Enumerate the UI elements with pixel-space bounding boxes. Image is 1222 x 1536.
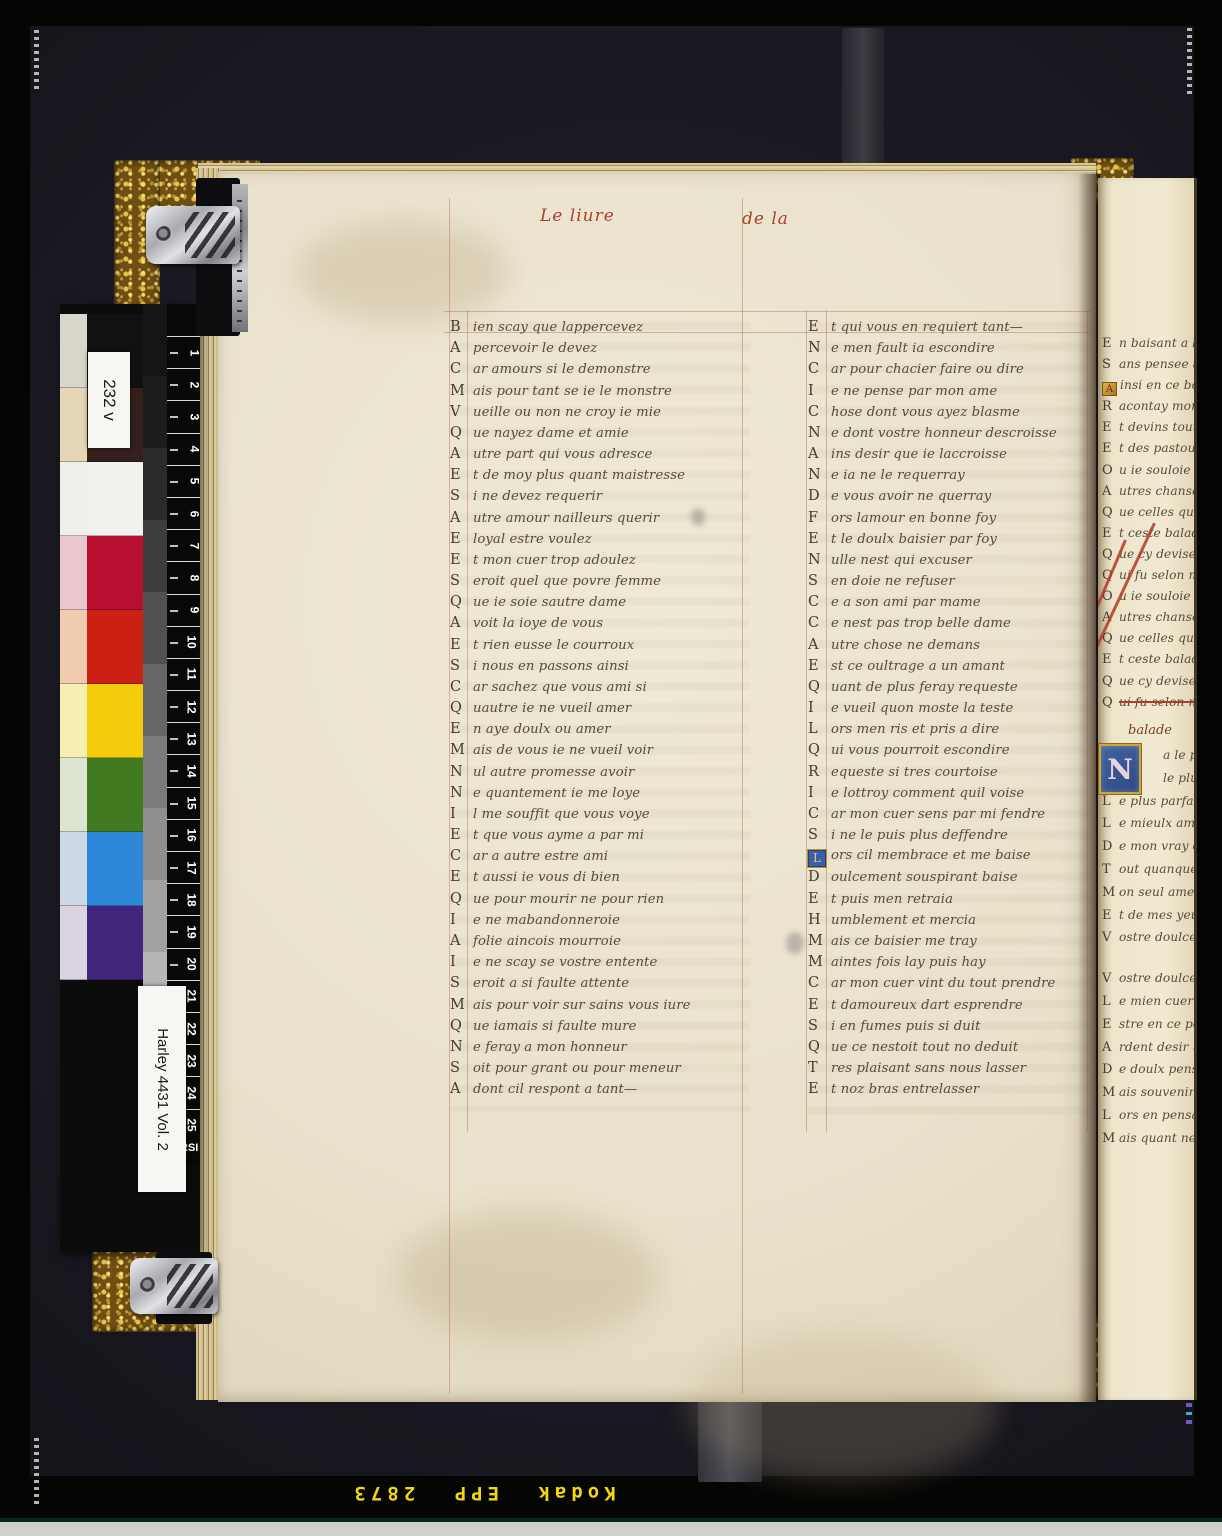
ruler-number: 4: [188, 446, 202, 453]
line-text: stre en ce point m: [1119, 1017, 1194, 1031]
ruler-cell: 12: [167, 690, 200, 722]
text-line: E t le doulx baisier par foy: [808, 531, 1092, 552]
text-line: C ar amours si le demonstre: [450, 361, 750, 382]
text-line: L ors cil membrace et me baise: [808, 848, 1092, 869]
line-text: ais de vous ie ne vueil voir: [473, 743, 653, 758]
line-initial: S: [808, 827, 831, 843]
grayscale-step: [143, 448, 167, 520]
text-line: E t ceste balade a: [1102, 652, 1194, 673]
line-text: ais pour voir sur sains vous iure: [473, 998, 691, 1013]
kodak-film-label-text: Kodak EPP 2873: [349, 1482, 615, 1504]
ruler-number: 11: [185, 668, 199, 681]
line-text: t mon cuer trop adoulez: [473, 553, 636, 568]
line-initial: N: [808, 552, 831, 568]
text-line: E n aye doulx ou amer: [450, 721, 750, 742]
text-line: E t de moy plus quant maistresse: [450, 467, 750, 488]
line-initial: M: [808, 933, 831, 949]
text-line: S i nous en passons ainsi: [450, 658, 750, 679]
line-text: ui fu selon mon: [1119, 695, 1194, 709]
line-initial: E: [808, 319, 831, 335]
line-text: out quanque ra: [1119, 862, 1194, 876]
line-text: ors lamour en bonne foy: [831, 511, 996, 526]
ruler-number: 6: [188, 510, 202, 517]
ruler-cell: 11: [167, 658, 200, 690]
right-page-upper-text: E n baisant a lo S ans pensee au A insi …: [1102, 336, 1194, 716]
text-line: R acontay mon: [1102, 399, 1194, 420]
line-initial: A: [1102, 1040, 1119, 1055]
ruler-cell: 6: [167, 497, 200, 529]
text-line: S ans pensee au: [1102, 357, 1194, 378]
line-text: ais pour tant se ie le monstre: [473, 384, 672, 399]
grayscale-step: [143, 736, 167, 808]
text-line: A percevoir le devez: [450, 340, 750, 361]
ruler-cell: 13: [167, 722, 200, 754]
text-line: A ins desir que ie laccroisse: [808, 446, 1092, 467]
line-text: insi en ce bois: [1120, 378, 1194, 392]
text-line: D oulcement souspirant baise: [808, 869, 1092, 890]
line-text: st ce oultrage a un amant: [831, 659, 1005, 674]
text-line: I e ne pense par mon ame: [808, 383, 1092, 404]
text-line: E loyal estre voulez: [450, 531, 750, 552]
line-text: utres chansons: [1119, 484, 1194, 498]
line-text: ue cy deviser p: [1119, 547, 1194, 561]
line-text: utres chansons: [1119, 610, 1194, 624]
line-initial: N: [808, 425, 831, 441]
line-initial: E: [450, 869, 473, 885]
line-initial: L: [1102, 816, 1119, 831]
line-initial: Q: [808, 742, 831, 758]
line-text: oit pour grant ou pour meneur: [473, 1061, 681, 1076]
vellum-stain: [298, 222, 508, 322]
text-line: B ien scay que lappercevez: [450, 319, 750, 340]
line-text: le plus plaisan: [1163, 771, 1194, 785]
line-initial: M: [450, 383, 473, 399]
grayscale-step: [143, 808, 167, 880]
line-text: t ceste balade a: [1119, 652, 1194, 666]
text-line: S i en fumes puis si duit: [808, 1018, 1092, 1039]
line-text: e mien cuer qui: [1119, 994, 1194, 1008]
line-text: ien scay que lappercevez: [473, 320, 643, 335]
color-patch: [87, 684, 143, 758]
text-line: A utre part qui vous adresce: [450, 446, 750, 467]
line-initial: M: [450, 742, 473, 758]
text-line: E t devins toute: [1102, 420, 1194, 441]
text-line: L e mieulx ame q: [1102, 816, 1194, 839]
line-text: ul autre promesse avoir: [473, 765, 634, 780]
line-initial: N: [808, 340, 831, 356]
line-initial: N: [450, 1039, 473, 1055]
line-initial: S: [1102, 357, 1119, 372]
text-line: E t de mes yeulx: [1102, 908, 1194, 931]
line-initial: C: [808, 615, 831, 631]
ruler-cell: 4: [167, 433, 200, 465]
text-line: S en doie ne refuser: [808, 573, 1092, 594]
line-text: aintes fois lay puis hay: [831, 955, 986, 970]
line-text: ais souvenir bien: [1119, 1085, 1194, 1099]
film-bottom-edge: [0, 1518, 1222, 1536]
text-line: C ar sachez que vous ami si: [450, 679, 750, 700]
line-text: t qui vous en requiert tant—: [831, 320, 1023, 335]
text-line: N ul autre promesse avoir: [450, 764, 750, 785]
line-initial: I: [450, 954, 473, 970]
text-line: E stre en ce point m: [1102, 1017, 1194, 1040]
line-initial: I: [808, 785, 831, 801]
ruler-number: 8: [188, 575, 202, 582]
line-initial: D: [808, 869, 831, 885]
line-text: percevoir le devez: [473, 341, 597, 356]
line-initial: S: [450, 975, 473, 991]
vellum-stain: [398, 1212, 658, 1342]
text-line: E t que vous ayme a par mi: [450, 827, 750, 848]
line-initial: I: [808, 383, 831, 399]
text-line: E t noz bras entrelasser: [808, 1081, 1092, 1102]
film-edge-marks: [1187, 28, 1192, 98]
line-initial: A: [450, 1081, 473, 1097]
line-text: ar amours si le demonstre: [473, 362, 651, 377]
line-initial: S: [450, 573, 473, 589]
text-line: C ar mon cuer sens par mi fendre: [808, 806, 1092, 827]
text-line: A utre chose ne demans: [808, 637, 1092, 658]
line-initial: R: [1102, 399, 1119, 414]
film-edge-marks: [34, 1438, 39, 1504]
line-text: ostre doulceur vo: [1119, 971, 1194, 985]
line-initial: M: [450, 997, 473, 1013]
line-initial: N: [808, 467, 831, 483]
line-initial: S: [450, 1060, 473, 1076]
ruler-cell: 14: [167, 754, 200, 786]
line-text: t devins toute: [1119, 420, 1194, 434]
ruler-cell: 8: [167, 561, 200, 593]
ruler-cell: 18: [167, 883, 200, 915]
line-text: voit la ioye de vous: [473, 616, 603, 631]
line-initial: E: [450, 721, 473, 737]
line-initial: E: [808, 997, 831, 1013]
ruler-number: 1: [188, 349, 202, 356]
color-patch: [60, 610, 87, 684]
line-text: t aussi ie vous di bien: [473, 870, 620, 885]
text-line: L e plus parfaict: [1102, 794, 1194, 817]
text-line: A rdent desir quen: [1102, 1040, 1194, 1063]
color-patch: [87, 906, 143, 980]
line-initial: A: [450, 615, 473, 631]
line-initial: N: [450, 764, 473, 780]
line-text: t ceste balade a: [1119, 526, 1194, 540]
color-patch: [87, 462, 143, 536]
text-line: C ar pour chacier faire ou dire: [808, 361, 1092, 382]
text-line: V ostre doulceur: [1102, 930, 1194, 953]
line-initial: O: [1102, 463, 1119, 478]
text-line: A voit la ioye de vous: [450, 615, 750, 636]
color-patch: [87, 536, 143, 610]
color-patch: [60, 906, 87, 980]
text-line: Q ui fu selon mo: [1102, 568, 1194, 589]
grayscale-step: [143, 520, 167, 592]
text-line: C e nest pas trop belle dame: [808, 615, 1092, 636]
color-patch: [87, 832, 143, 906]
line-initial: E: [450, 637, 473, 653]
right-page: E n baisant a lo S ans pensee au A insi …: [1098, 178, 1194, 1400]
shelfmark-sticker-text: Harley 4431 Vol. 2: [154, 1028, 171, 1151]
text-line: M ais ce baisier me tray: [808, 933, 1092, 954]
text-line: N ulle nest qui excuser: [808, 552, 1092, 573]
text-line: F ors lamour en bonne foy: [808, 510, 1092, 531]
line-initial: N: [450, 785, 473, 801]
text-line: E t mon cuer trop adoulez: [450, 552, 750, 573]
text-line: C hose dont vous ayez blasme: [808, 404, 1092, 425]
line-initial: E: [450, 531, 473, 547]
color-patch: [60, 388, 87, 462]
text-line: A utres chansons: [1102, 610, 1194, 631]
line-initial: A: [1102, 484, 1119, 499]
line-text: utre amour nailleurs querir: [473, 511, 659, 526]
line-text: e feray a mon honneur: [473, 1040, 627, 1055]
line-initial: Q: [808, 1039, 831, 1055]
ruler-number: 17: [184, 861, 198, 874]
line-initial: E: [1102, 420, 1119, 435]
text-line: N e quantement ie me loye: [450, 785, 750, 806]
color-patch: [60, 536, 87, 610]
line-initial: C: [450, 848, 473, 864]
ruler-number: 2: [188, 381, 202, 388]
line-initial: Q: [808, 679, 831, 695]
line-text: i ne devez requerir: [473, 489, 602, 504]
line-initial: L: [808, 850, 826, 867]
color-patch-column-light: [60, 314, 87, 980]
line-text: t le doulx baisier par foy: [831, 532, 997, 547]
film-frame: Kodak EPP 2873 Le liure de la B: [0, 0, 1222, 1536]
line-text: loyal estre voulez: [473, 532, 592, 547]
line-text: e mon vray cue: [1119, 839, 1194, 853]
line-text: uant de plus feray requeste: [831, 680, 1018, 695]
ballade-heading: balade: [1128, 723, 1172, 738]
line-initial: A: [808, 637, 831, 653]
line-text: t rien eusse le courroux: [473, 638, 634, 653]
ink-smudge: [786, 932, 804, 954]
ruler-cell: 10: [167, 626, 200, 658]
text-line: I e ne scay se vostre entente: [450, 954, 750, 975]
text-line: S i ne devez requerir: [450, 488, 750, 509]
line-text: utre chose ne demans: [831, 638, 980, 653]
line-text: e ne scay se vostre entente: [473, 955, 657, 970]
line-text: e vueil quon moste la teste: [831, 701, 1013, 716]
line-text: ors men ris et pris a dire: [831, 722, 999, 737]
ruler-number: 24: [184, 1086, 198, 1099]
text-line: D e doulx penser: [1102, 1062, 1194, 1085]
ruler-number: 18: [184, 893, 198, 906]
line-initial: S: [808, 1018, 831, 1034]
line-initial: I: [808, 700, 831, 716]
text-line: I e vueil quon moste la teste: [808, 700, 1092, 721]
color-patch: [60, 684, 87, 758]
text-line: N e feray a mon honneur: [450, 1039, 750, 1060]
line-initial: M: [1102, 885, 1119, 900]
line-initial: E: [1102, 1017, 1119, 1032]
line-text: equeste si tres courtoise: [831, 765, 998, 780]
line-initial: M: [1102, 1085, 1119, 1100]
text-line: S eroit a si faulte attente: [450, 975, 750, 996]
line-text: t de mes yeulx: [1119, 908, 1194, 922]
line-initial: T: [1102, 862, 1119, 877]
text-line: D e vous avoir ne querray: [808, 488, 1092, 509]
line-initial: V: [1102, 971, 1119, 986]
line-initial: E: [1102, 441, 1119, 456]
text-line: Q ue iamais si faulte mure: [450, 1018, 750, 1039]
line-initial: E: [1102, 908, 1119, 923]
ruler-cell: 5: [167, 465, 200, 497]
ruler-cell: 3: [167, 400, 200, 432]
text-line: M on seul ame m: [1102, 885, 1194, 908]
line-text: t puis men retraia: [831, 892, 953, 907]
text-line: I e lottroy comment quil voise: [808, 785, 1092, 806]
line-initial: E: [1102, 526, 1119, 541]
text-line: A insi en ce bois: [1102, 378, 1194, 399]
line-initial: E: [808, 891, 831, 907]
line-text: ar sachez que vous ami si: [473, 680, 647, 695]
line-initial: V: [450, 404, 473, 420]
line-text: t damoureux dart esprendre: [831, 998, 1023, 1013]
line-initial: A: [450, 510, 473, 526]
folio-sticker: 232 v: [88, 352, 130, 448]
line-initial: L: [1102, 1108, 1119, 1123]
ruler-number: 14: [184, 764, 198, 777]
grayscale-step: [143, 880, 167, 952]
ruler-number: 10: [184, 636, 198, 649]
line-text: i ne le puis plus deffendre: [831, 828, 1008, 843]
line-initial: I: [450, 806, 473, 822]
color-patch: [60, 832, 87, 906]
line-initial: E: [450, 552, 473, 568]
line-text: hose dont vous ayez blasme: [831, 405, 1020, 420]
line-text: dont cil respont a tant—: [473, 1082, 637, 1097]
text-line: Q uautre ie ne vueil amer: [450, 700, 750, 721]
line-initial: D: [1102, 1062, 1119, 1077]
text-line: D e mon vray cue: [1102, 839, 1194, 862]
line-initial: C: [808, 975, 831, 991]
line-initial: E: [808, 1081, 831, 1097]
vellum-stain: [688, 1332, 998, 1482]
text-line: S oit pour grant ou pour meneur: [450, 1060, 750, 1081]
ruler-number: 13: [184, 732, 198, 745]
line-text: utre part qui vous adresce: [473, 447, 652, 462]
text-line: le plus plaisan: [1102, 771, 1194, 794]
color-patch: [60, 314, 87, 388]
ruling-line: [806, 310, 807, 1132]
line-initial: A: [808, 446, 831, 462]
ruler-cell: 19: [167, 915, 200, 947]
line-text: ors cil membrace et me baise: [831, 848, 1031, 863]
line-initial: Q: [1102, 631, 1119, 646]
text-line: Q ue celles que a: [1102, 505, 1194, 526]
color-patch: [60, 462, 87, 536]
line-initial: T: [808, 1060, 831, 1076]
shelfmark-sticker: Harley 4431 Vol. 2: [138, 986, 186, 1192]
line-text: ar mon cuer sens par mi fendre: [831, 807, 1045, 822]
text-line: O u ie souloie ha: [1102, 463, 1194, 484]
text-line: L ors men ris et pris a dire: [808, 721, 1092, 742]
text-line: S i ne le puis plus deffendre: [808, 827, 1092, 848]
text-line: Q ue nayez dame et amie: [450, 425, 750, 446]
folio-sticker-text: 232 v: [99, 379, 119, 421]
right-page-ballade-text: a le plus doul le plus plaisan L e plus …: [1102, 748, 1194, 1154]
text-line: Q ui fu selon mon: [1102, 695, 1194, 716]
color-patch: [60, 758, 87, 832]
line-text: rdent desir quen: [1119, 1040, 1194, 1054]
ruler-cell: 20: [167, 948, 200, 980]
text-line: I l me souffit que vous voye: [450, 806, 750, 827]
line-initial: C: [808, 806, 831, 822]
ruler-number: 22: [184, 1022, 198, 1035]
line-initial: C: [808, 361, 831, 377]
text-column-left: B ien scay que lappercevez A percevoir l…: [450, 319, 750, 1102]
line-text: oulcement souspirant baise: [831, 870, 1018, 885]
line-text: ais ce baisier me tray: [831, 934, 977, 949]
line-text: t noz bras entrelasser: [831, 1082, 979, 1097]
line-text: acontay mon: [1119, 399, 1194, 413]
grayscale-step: [143, 592, 167, 664]
ruler-number: 23: [184, 1054, 198, 1067]
line-text: e men fault ia escondire: [831, 341, 995, 356]
text-line: Q ue celles que am: [1102, 631, 1194, 652]
text-line: E n baisant a lo: [1102, 336, 1194, 357]
ruler-cell: 7: [167, 529, 200, 561]
ruler-number: 9: [188, 607, 202, 614]
text-column-right: E t qui vous en requiert tant— N e men f…: [808, 319, 1092, 1102]
line-text: ins desir que ie laccroisse: [831, 447, 1007, 462]
binder-clip-bottom: [130, 1246, 234, 1330]
line-text: ar mon cuer vint du tout prendre: [831, 976, 1055, 991]
text-line: M ais pour voir sur sains vous iure: [450, 997, 750, 1018]
ruler-number: 5: [188, 478, 202, 485]
line-text: ue celles que am: [1119, 631, 1194, 645]
text-line: A utres chansons: [1102, 484, 1194, 505]
text-line: C e a son ami par mame: [808, 594, 1092, 615]
line-text: i en fumes puis si duit: [831, 1019, 981, 1034]
text-line: C ar a autre estre ami: [450, 848, 750, 869]
line-text: umblement et mercia: [831, 913, 976, 928]
ruler-number: 3: [188, 414, 202, 421]
line-initial: A: [450, 340, 473, 356]
text-line: Q ue pour mourir ne pour rien: [450, 891, 750, 912]
line-initial: L: [808, 721, 831, 737]
line-initial: L: [1102, 994, 1119, 1009]
ruler-number: 15: [184, 797, 198, 810]
line-initial: Q: [1102, 505, 1119, 520]
line-text: e nest pas trop belle dame: [831, 616, 1011, 631]
line-text: res plaisant sans nous lasser: [831, 1061, 1026, 1076]
line-text: t que vous ayme a par mi: [473, 828, 644, 843]
line-text: e vous avoir ne querray: [831, 489, 991, 504]
text-line: N e dont vostre honneur descroisse: [808, 425, 1092, 446]
line-initial: E: [1102, 652, 1119, 667]
line-initial: C: [450, 361, 473, 377]
metal-clip: [130, 1258, 218, 1314]
line-text: ans pensee au: [1119, 357, 1194, 371]
line-text: ui vous pourroit escondire: [831, 743, 1010, 758]
text-line: T out quanque ra: [1102, 862, 1194, 885]
running-header-left: Le liure: [540, 206, 615, 226]
grayscale-step: [143, 664, 167, 736]
ruler-number: 12: [184, 700, 198, 713]
line-initial: Q: [450, 1018, 473, 1034]
film-edge-marks: [34, 30, 39, 92]
text-line: T res plaisant sans nous lasser: [808, 1060, 1092, 1081]
ruler-cell: 9: [167, 594, 200, 626]
color-patch: [87, 610, 143, 684]
line-initial: A: [1102, 382, 1117, 396]
ruler-cell: 1: [167, 336, 200, 368]
line-text: ue pour mourir ne pour rien: [473, 892, 664, 907]
line-text: l me souffit que vous voye: [473, 807, 650, 822]
